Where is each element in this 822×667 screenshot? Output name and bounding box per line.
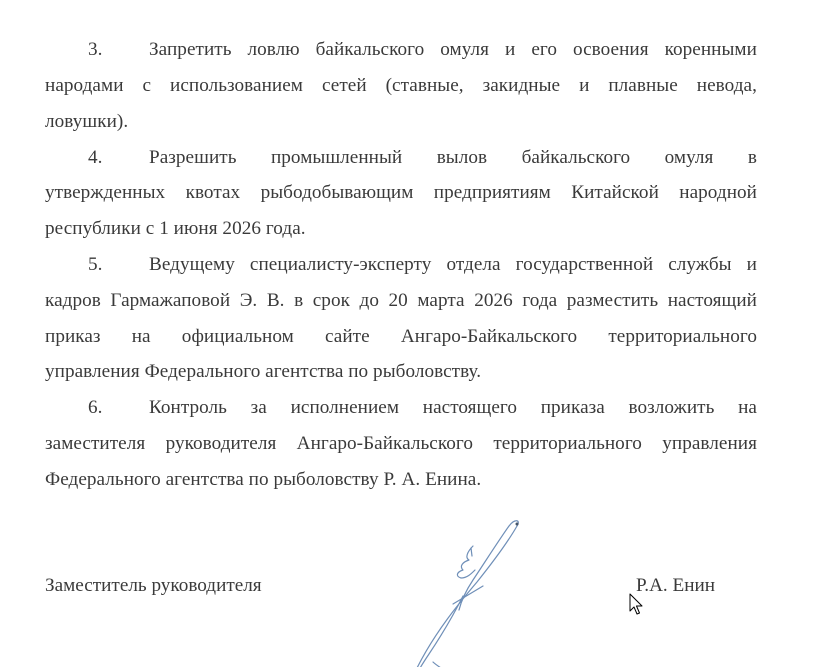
- item-text-line: Контрользаисполнениемнастоящегоприказаво…: [149, 390, 757, 426]
- word: Контроль: [149, 390, 227, 426]
- word: утвержденных: [45, 175, 165, 211]
- word: заместителя: [45, 426, 145, 462]
- item-line: кадровГармажаповойЭ.В.всрокдо20марта2026…: [45, 283, 757, 319]
- item-line: республики с 1 июня 2026 года.: [45, 211, 757, 247]
- word: Ангаро-Байкальского: [297, 426, 473, 462]
- word: разместить: [567, 283, 658, 319]
- item-line: народамисиспользованиемсетей(ставные,зак…: [45, 68, 757, 104]
- word: года: [522, 283, 557, 319]
- word: В.: [267, 283, 285, 319]
- item-text-line: Запретитьловлюбайкальскогоомуляиегоосвое…: [149, 32, 757, 68]
- word: омуля: [665, 140, 714, 176]
- item-number: 5.: [45, 247, 149, 283]
- word: на: [132, 319, 151, 355]
- word: вылов: [437, 140, 487, 176]
- item-line: 3. Запретитьловлюбайкальскогоомуляиегоос…: [45, 32, 757, 68]
- word: невода,: [697, 68, 757, 104]
- word: и: [579, 68, 589, 104]
- item-line: 6. Контрользаисполнениемнастоящегоприказ…: [45, 390, 757, 426]
- word: управления: [662, 426, 757, 462]
- word: руководителя: [166, 426, 277, 462]
- word: сетей: [322, 68, 367, 104]
- word: 20: [389, 283, 408, 319]
- item-number: 3.: [45, 32, 149, 68]
- word: 2026: [474, 283, 513, 319]
- word: Китайской: [571, 175, 659, 211]
- word: омуля: [440, 32, 489, 68]
- item-text-line: Разрешитьпромышленныйвыловбайкальскогоом…: [149, 140, 757, 176]
- word: кадров: [45, 283, 101, 319]
- word: использованием: [170, 68, 303, 104]
- word: закидные: [483, 68, 561, 104]
- item-text-line: Ведущемуспециалисту-экспертуотделагосуда…: [149, 247, 757, 283]
- mouse-pointer-arrow-icon: [629, 593, 645, 617]
- word: официальном: [182, 319, 294, 355]
- item-line: ловушки).: [45, 104, 757, 140]
- word: (ставные,: [386, 68, 464, 104]
- handwritten-signature-icon: [405, 512, 535, 667]
- item-text-line: ловушки).: [45, 104, 128, 140]
- word: службы: [668, 247, 731, 283]
- order-item-4: 4. Разрешитьпромышленныйвыловбайкальског…: [45, 140, 757, 247]
- item-line: заместителяруководителяАнгаро-Байкальско…: [45, 426, 757, 462]
- word: приказа: [541, 390, 605, 426]
- word: и: [747, 247, 757, 283]
- item-text-line: республики с 1 июня 2026 года.: [45, 211, 306, 247]
- item-line: управления Федерального агентства по рыб…: [45, 354, 757, 390]
- word: Запретить: [149, 32, 232, 68]
- word: в: [748, 140, 757, 176]
- item-text-line: Федерального агентства по рыболовству Р.…: [45, 462, 481, 498]
- word: квотах: [186, 175, 241, 211]
- word: срок: [313, 283, 350, 319]
- word: коренными: [665, 32, 757, 68]
- word: Разрешить: [149, 140, 237, 176]
- word: специалисту-эксперту: [250, 247, 431, 283]
- item-text-line: управления Федерального агентства по рыб…: [45, 354, 481, 390]
- word: территориального: [608, 319, 757, 355]
- word: на: [738, 390, 757, 426]
- order-item-6: 6. Контрользаисполнениемнастоящегоприказ…: [45, 390, 757, 497]
- word: в: [294, 283, 303, 319]
- word: байкальского: [316, 32, 425, 68]
- word: марта: [417, 283, 464, 319]
- word: и: [505, 32, 515, 68]
- word: ловлю: [247, 32, 299, 68]
- word: сайте: [325, 319, 370, 355]
- word: возложить: [629, 390, 715, 426]
- word: настоящий: [668, 283, 757, 319]
- word: народами: [45, 68, 124, 104]
- word: отдела: [446, 247, 500, 283]
- word: государственной: [516, 247, 654, 283]
- word: приказ: [45, 319, 101, 355]
- item-line: утвержденныхквотахрыбодобывающимпредприя…: [45, 175, 757, 211]
- item-line: приказнаофициальномсайтеАнгаро-Байкальск…: [45, 319, 757, 355]
- word: Э.: [240, 283, 258, 319]
- word: за: [251, 390, 267, 426]
- order-item-5: 5. Ведущемуспециалисту-экспертуотделагос…: [45, 247, 757, 390]
- word: настоящего: [423, 390, 517, 426]
- word: предприятиям: [434, 175, 551, 211]
- word: Гармажаповой: [110, 283, 230, 319]
- word: народной: [679, 175, 757, 211]
- word: рыбодобывающим: [261, 175, 414, 211]
- signer-name: Р.А. Енин: [636, 568, 715, 604]
- item-line: Федерального агентства по рыболовству Р.…: [45, 462, 757, 498]
- order-item-3: 3. Запретитьловлюбайкальскогоомуляиегоос…: [45, 32, 757, 139]
- word: плавные: [608, 68, 677, 104]
- word: байкальского: [522, 140, 631, 176]
- word: его: [531, 32, 557, 68]
- item-number: 4.: [45, 140, 149, 176]
- word: освоения: [573, 32, 649, 68]
- signer-title: Заместитель руководителя: [45, 568, 262, 604]
- item-number: 6.: [45, 390, 149, 426]
- word: исполнением: [291, 390, 400, 426]
- word: с: [142, 68, 151, 104]
- word: до: [360, 283, 379, 319]
- word: Ведущему: [149, 247, 235, 283]
- word: промышленный: [271, 140, 402, 176]
- word: Ангаро-Байкальского: [401, 319, 577, 355]
- item-line: 4. Разрешитьпромышленныйвыловбайкальског…: [45, 140, 757, 176]
- item-line: 5. Ведущемуспециалисту-экспертуотделагос…: [45, 247, 757, 283]
- word: территориального: [493, 426, 642, 462]
